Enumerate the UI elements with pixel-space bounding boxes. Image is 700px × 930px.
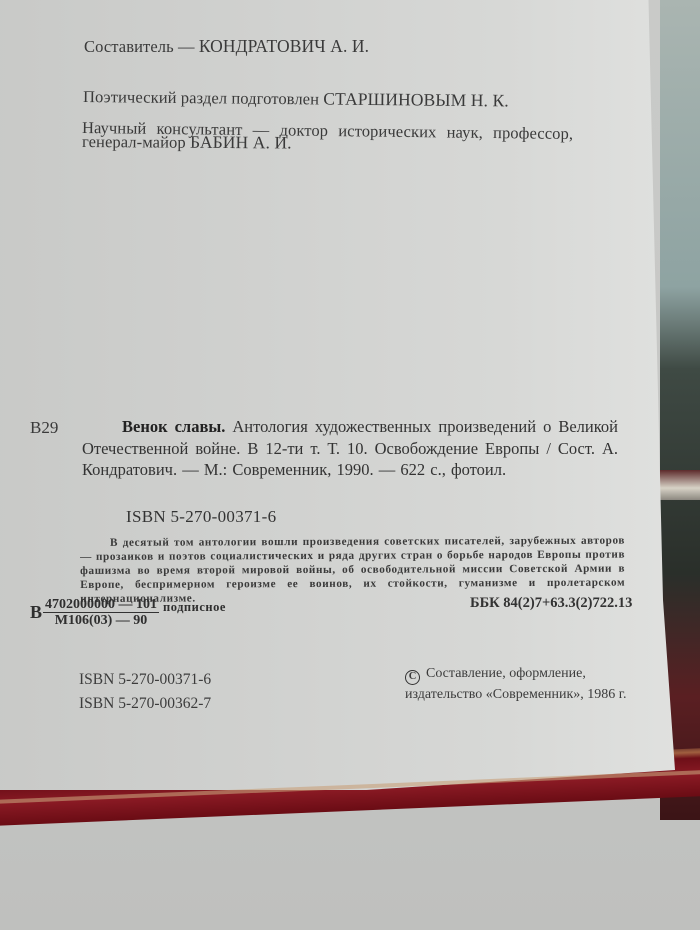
bbk-code: ББК 84(2)7+63.3(2)722.13 <box>470 595 632 612</box>
subscription-label: подписное <box>163 600 226 615</box>
consultant-name: БАБИН А. И. <box>190 132 292 153</box>
cip-title: Венок славы. <box>122 417 225 436</box>
copyright-line1: Составление, оформление, <box>426 666 586 681</box>
cip-code: В29 <box>30 418 58 438</box>
poetry-name: СТАРШИНОВЫМ Н. К. <box>323 89 509 111</box>
poetry-credit: Поэтический раздел подготовлен СТАРШИНОВ… <box>83 86 509 111</box>
compiler-label: Составитель — <box>84 37 195 56</box>
consultant-rank: генерал-майор <box>82 132 186 152</box>
consultant-credit-line2: генерал-майор БАБИН А. И. <box>82 131 292 153</box>
poetry-label: Поэтический раздел подготовлен <box>83 87 319 108</box>
catalog-denominator: М106(03) — 90 <box>53 613 150 628</box>
isbn-set: ISBN 5-270-00362-7 <box>79 692 211 716</box>
compiler-credit: Составитель — КОНДРАТОВИЧ А. И. <box>84 36 369 57</box>
cip-record: Венок славы. Антология художественных пр… <box>82 416 618 481</box>
catalog-numerator: 4702000000 — 101 <box>43 597 159 613</box>
copyright-notice: CСоставление, оформление, издательство «… <box>405 664 626 704</box>
copyright-icon: C <box>405 670 420 685</box>
catalog-index: В 4702000000 — 101 М106(03) — 90 подписн… <box>30 597 226 628</box>
copyright-line2: издательство «Современник», 1986 г. <box>405 685 626 704</box>
compiler-name: КОНДРАТОВИЧ А. И. <box>199 36 369 56</box>
catalog-fraction: 4702000000 — 101 М106(03) — 90 <box>43 597 159 628</box>
isbn-volume: ISBN 5-270-00371-6 <box>79 668 211 692</box>
isbn-list: ISBN 5-270-00371-6 ISBN 5-270-00362-7 <box>79 668 211 716</box>
cip-isbn: ISBN 5-270-00371-6 <box>126 507 276 527</box>
catalog-letter: В <box>30 602 42 623</box>
background-fabric <box>660 470 700 500</box>
